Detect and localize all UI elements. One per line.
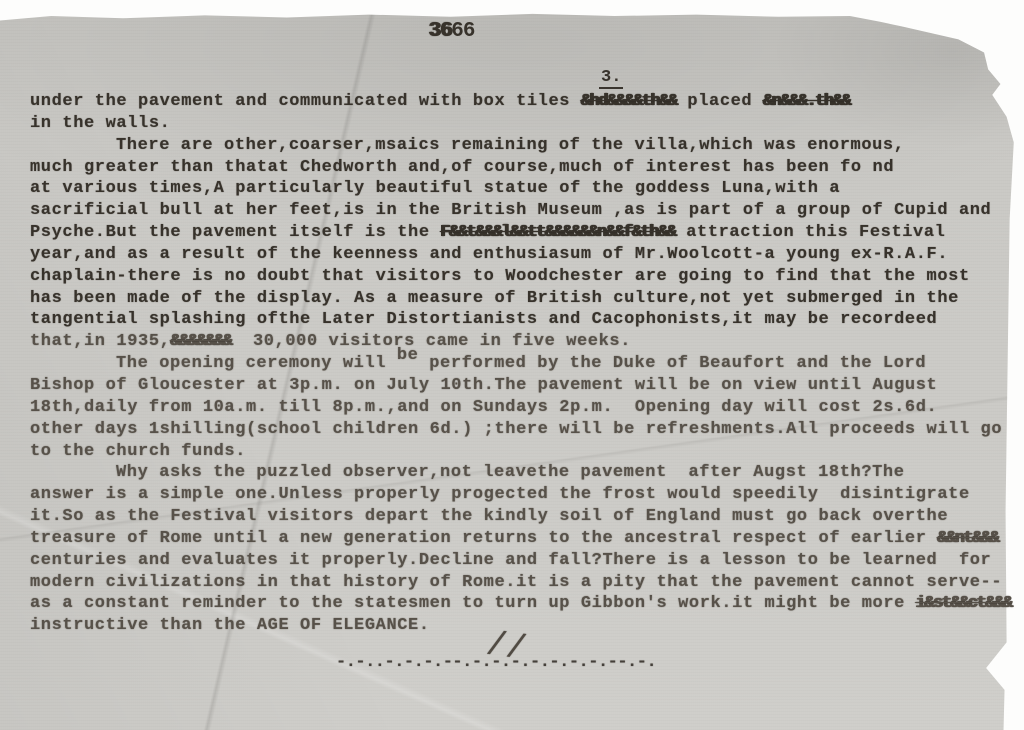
typed-text-segment: has been made of the display. As a measu…: [30, 289, 959, 308]
typed-text-segment: other days 1shilling(school children 6d.…: [30, 420, 1002, 439]
typed-text-segment: sacrificial bull at her feet,is in the B…: [30, 201, 991, 220]
obliterated-text: &&&&&&&: [170, 332, 231, 351]
typed-text-segment: attraction this Festival: [675, 223, 945, 242]
obliterated-text: &&nt&&&: [937, 529, 998, 548]
typed-line: Bishop of Gloucester at 3p.m. on July 10…: [30, 375, 1020, 397]
obliterated-text: &n&&&.th&&: [763, 92, 850, 111]
typed-text-segment: tangential splashing ofthe Later Distort…: [30, 310, 937, 329]
typed-text-segment: performed by the Duke of Beaufort and th…: [418, 354, 926, 373]
page-corner-number: 3666: [428, 20, 474, 43]
typed-text-segment: under the pavement and communicated with…: [30, 92, 581, 111]
typed-text-segment: chaplain-there is no doubt that visitors…: [30, 267, 970, 286]
typed-text: under the pavement and communicated with…: [30, 91, 1020, 637]
page-number: 3.: [599, 68, 623, 89]
typed-line: centuries and evaluates it properly.Decl…: [30, 550, 1020, 572]
typed-text-segment: Why asks the puzzled observer,not leavet…: [116, 463, 905, 482]
typed-line: Psyche.But the pavement itself is the F&…: [30, 222, 1020, 244]
obliterated-text: i&st&&ct&&&: [916, 594, 1012, 613]
typed-line: chaplain-there is no doubt that visitors…: [30, 266, 1020, 288]
typed-text-segment: modern civilizations in that history of …: [30, 573, 1002, 592]
typed-text-segment: year,and as a result of the keenness and…: [30, 245, 948, 264]
typed-text-segment: The opening ceremony will: [116, 354, 397, 373]
corner-number-overstruck: 36: [428, 20, 451, 43]
obliterated-text: &hd&&&&th&&: [581, 92, 677, 111]
typed-text-segment: as a constant reminder to the statesmen …: [30, 594, 916, 613]
end-divider-slashes: //: [484, 626, 529, 669]
typed-text-segment: Psyche.But the pavement itself is the: [30, 223, 440, 242]
typed-text-segment: that,in 1935,: [30, 332, 170, 351]
typed-line: sacrificial bull at her feet,is in the B…: [30, 200, 1020, 222]
typed-text-segment: 30,000 visitors came in five weeks.: [231, 332, 631, 351]
end-divider: -.-..-.-.-.--.-.-.-.-.-.-.-.--.-. //: [336, 645, 686, 675]
scanned-document: { "page": { "background_color": "#fdfdfc…: [0, 0, 1024, 730]
obliterated-text: F&&t&&&l&&tt&&&&&&n&&f&th&&: [440, 223, 675, 242]
typed-text-segment: answer is a simple one.Unless properly p…: [30, 485, 970, 504]
typed-line: There are other,coarser,msaics remaining…: [30, 135, 1020, 157]
typed-line: other days 1shilling(school children 6d.…: [30, 419, 1020, 441]
typed-text-segment: much greater than thatat Chedworth and,o…: [30, 158, 894, 177]
typed-line: answer is a simple one.Unless properly p…: [30, 484, 1020, 506]
typed-line: much greater than thatat Chedworth and,o…: [30, 157, 1020, 179]
typed-line: at various times,A particularly beautifu…: [30, 178, 1020, 200]
typed-text-segment: treasure of Rome until a new generation …: [30, 529, 937, 548]
typed-text-segment: instructive than the AGE OF ELEGANCE.: [30, 616, 430, 635]
typed-line: that,in 1935,&&&&&&& 30,000 visitors cam…: [30, 331, 1020, 353]
typed-line: year,and as a result of the keenness and…: [30, 244, 1020, 266]
typed-text-segment: 18th,daily from 10a.m. till 8p.m.,and on…: [30, 398, 937, 417]
typed-line: treasure of Rome until a new generation …: [30, 528, 1020, 550]
typed-line: modern civilizations in that history of …: [30, 572, 1020, 594]
typed-line: in the walls.: [30, 113, 1020, 135]
typed-text-segment: to the church funds.: [30, 442, 246, 461]
typed-text-segment: at various times,A particularly beautifu…: [30, 179, 840, 198]
typed-line: has been made of the display. As a measu…: [30, 288, 1020, 310]
typed-text-segment: There are other,coarser,msaics remaining…: [116, 136, 905, 155]
typed-line: as a constant reminder to the statesmen …: [30, 593, 1020, 615]
typed-line: it.So as the Festival visitors depart th…: [30, 506, 1020, 528]
typed-line: Why asks the puzzled observer,not leavet…: [30, 462, 1020, 484]
typed-line: 18th,daily from 10a.m. till 8p.m.,and on…: [30, 397, 1020, 419]
typed-line: to the church funds.: [30, 441, 1020, 463]
typed-text-segment: centuries and evaluates it properly.Decl…: [30, 551, 991, 570]
typed-text-segment: be: [397, 345, 419, 367]
typed-text-segment: in the walls.: [30, 114, 170, 133]
typed-line: under the pavement and communicated with…: [30, 91, 1020, 113]
typed-line: The opening ceremony will be performed b…: [30, 353, 1020, 375]
typed-text-segment: it.So as the Festival visitors depart th…: [30, 507, 948, 526]
typed-line: tangential splashing ofthe Later Distort…: [30, 309, 1020, 331]
corner-number-rest: 66: [451, 20, 474, 43]
typed-text-segment: Bishop of Gloucester at 3p.m. on July 10…: [30, 376, 937, 395]
typed-text-segment: placed: [677, 92, 763, 111]
